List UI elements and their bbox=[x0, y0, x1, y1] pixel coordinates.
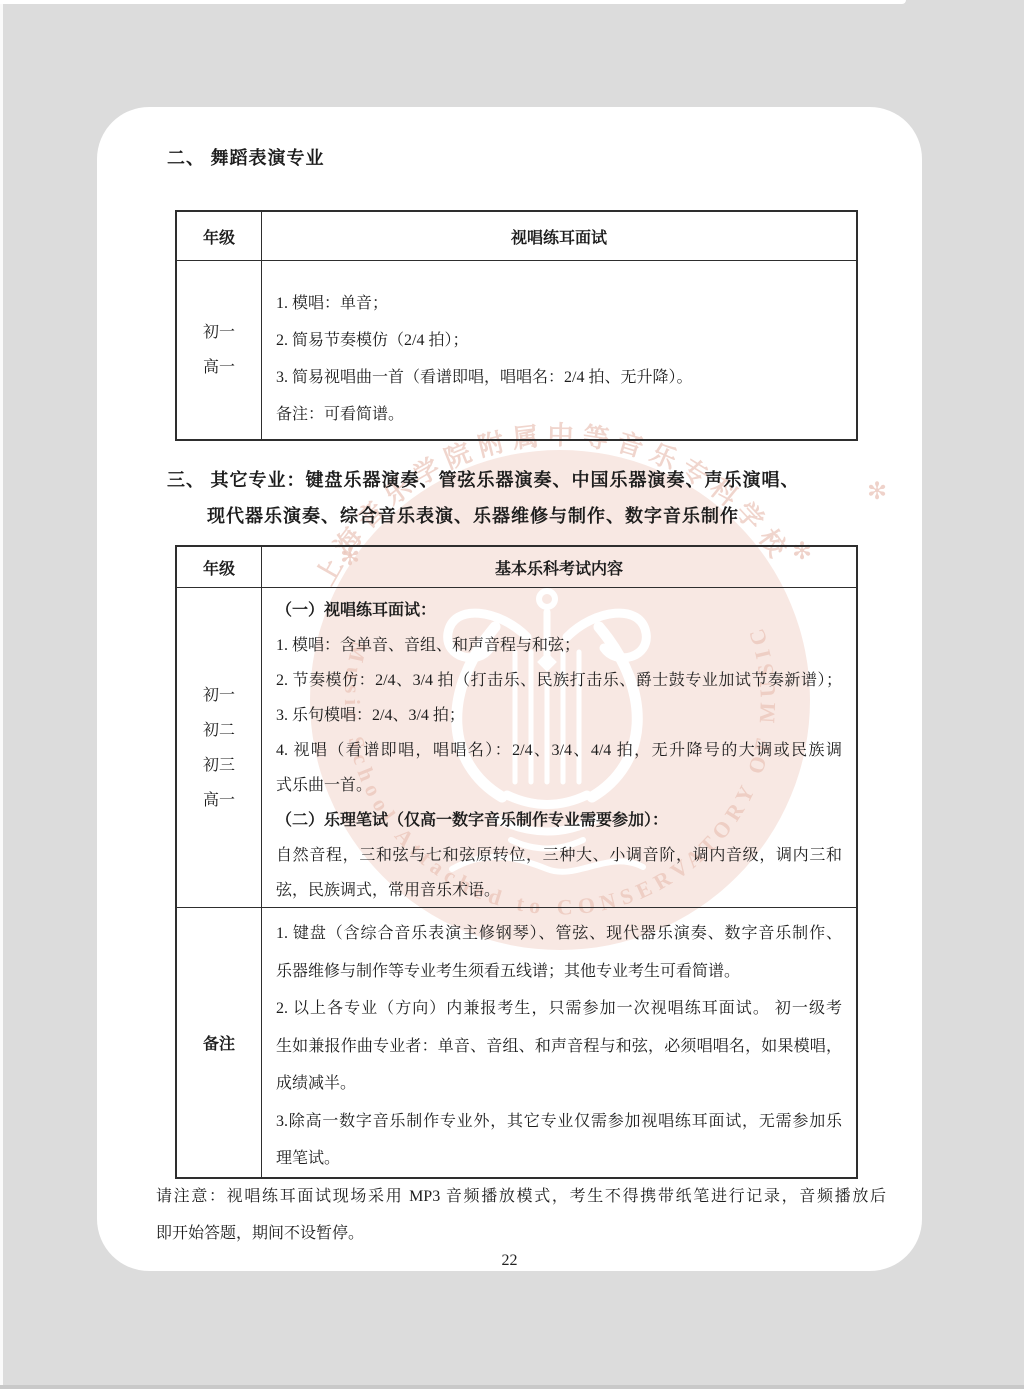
table-body-row: 初一 初二 初三 高一 （一）视唱练耳面试： 1. 模唱：含单音、音组、和声音程… bbox=[177, 587, 856, 907]
text-line: 3. 乐句模唱：2/4、3/4 拍； bbox=[276, 698, 842, 733]
document-page: 上海音乐学院附属中等音乐专科学校 Music School Attached t… bbox=[97, 107, 922, 1271]
subsection-title: （一）视唱练耳面试： bbox=[276, 593, 842, 628]
table-header-row: 年级 视唱练耳面试 bbox=[177, 212, 856, 260]
exam-content-cell: 1. 模唱：单音； 2. 简易节奏模仿（2/4 拍）； 3. 简易视唱曲一首（看… bbox=[262, 261, 856, 439]
exam-content-cell: （一）视唱练耳面试： 1. 模唱：含单音、音组、和声音程与和弦； 2. 节奏模仿… bbox=[262, 588, 856, 907]
dance-major-table: 年级 视唱练耳面试 初一 高一 1. 模唱：单音； 2. 简易节奏模仿（2/4 … bbox=[175, 210, 858, 441]
other-majors-table: 年级 基本乐科考试内容 初一 初二 初三 高一 （一）视唱练耳面试： 1. 模唱… bbox=[175, 545, 858, 1179]
exam-column-header: 基本乐科考试内容 bbox=[262, 547, 856, 587]
remarks-content-cell: 1. 键盘（含综合音乐表演主修钢琴）、管弦、现代器乐演奏、数字音乐制作、 乐器维… bbox=[262, 908, 856, 1177]
remarks-label: 备注 bbox=[203, 1031, 235, 1054]
text-line: 弦，民族调式，常用音乐术语。 bbox=[276, 873, 842, 907]
exam-column-header: 视唱练耳面试 bbox=[262, 212, 856, 260]
table-body-row: 初一 高一 1. 模唱：单音； 2. 简易节奏模仿（2/4 拍）； 3. 简易视… bbox=[177, 260, 856, 439]
grade-label: 初一 bbox=[203, 315, 235, 350]
text-line: 1. 模唱：单音； bbox=[276, 285, 842, 322]
section3-heading-line1: 三、 其它专业：键盘乐器演奏、管弦乐器演奏、中国乐器演奏、声乐演唱、 bbox=[167, 462, 800, 498]
text-line: 2. 节奏模仿：2/4、3/4 拍（打击乐、民族打击乐、爵士鼓专业加试节奏新谱）… bbox=[276, 663, 842, 698]
grade-label: 初三 bbox=[203, 748, 235, 783]
grade-label: 初一 bbox=[203, 678, 235, 713]
previous-page-bottom-edge bbox=[0, 0, 906, 4]
text-line: 式乐曲一首。 bbox=[276, 768, 842, 803]
grade-column-header: 年级 bbox=[177, 547, 262, 587]
text-line: 2. 以上各专业（方向）内兼报考生，只需参加一次视唱练耳面试。 初一级考 bbox=[276, 990, 842, 1028]
attention-note-line2: 即开始答题，期间不设暂停。 bbox=[156, 1215, 886, 1252]
text-line: 成绩减半。 bbox=[276, 1065, 842, 1103]
viewer-left-edge bbox=[0, 0, 3, 1389]
attention-note-line1: 请注意：视唱练耳面试现场采用 MP3 音频播放模式，考生不得携带纸笔进行记录，音… bbox=[156, 1178, 886, 1215]
text-line: 3.除高一数字音乐制作专业外，其它专业仅需参加视唱练耳面试，无需参加乐 bbox=[276, 1103, 842, 1141]
table-remarks-row: 备注 1. 键盘（含综合音乐表演主修钢琴）、管弦、现代器乐演奏、数字音乐制作、 … bbox=[177, 907, 856, 1177]
text-line: 4. 视唱（看谱即唱，唱唱名）：2/4、3/4、4/4 拍，无升降号的大调或民族… bbox=[276, 733, 842, 768]
remarks-label-cell: 备注 bbox=[177, 908, 262, 1177]
viewer-bottom-edge bbox=[0, 1385, 1024, 1389]
grade-label: 初二 bbox=[203, 713, 235, 748]
grade-label: 高一 bbox=[203, 350, 235, 385]
section3-heading: 三、 其它专业：键盘乐器演奏、管弦乐器演奏、中国乐器演奏、声乐演唱、 现代器乐演… bbox=[167, 462, 800, 534]
page-number: 22 bbox=[97, 1252, 922, 1270]
text-line: 自然音程，三和弦与七和弦原转位，三种大、小调音阶，调内音级，调内三和 bbox=[276, 838, 842, 873]
grade-column-header: 年级 bbox=[177, 212, 262, 260]
grade-cell: 初一 初二 初三 高一 bbox=[177, 588, 262, 907]
grade-cell: 初一 高一 bbox=[177, 261, 262, 439]
page-content: 二、 舞蹈表演专业 年级 视唱练耳面试 初一 高一 1. 模唱：单音； 2. 简… bbox=[97, 107, 922, 1271]
text-line: 备注：可看简谱。 bbox=[276, 396, 842, 433]
text-line: 理笔试。 bbox=[276, 1140, 842, 1177]
section3-heading-line2: 现代器乐演奏、综合音乐表演、乐器维修与制作、数字音乐制作 bbox=[167, 498, 800, 534]
grade-label: 高一 bbox=[203, 783, 235, 818]
text-line: 3. 简易视唱曲一首（看谱即唱，唱唱名：2/4 拍、无升降）。 bbox=[276, 359, 842, 396]
pdf-viewer-canvas: { "colors": { "canvas_gray": "#dcdcdc", … bbox=[0, 0, 1024, 1389]
text-line: 1. 键盘（含综合音乐表演主修钢琴）、管弦、现代器乐演奏、数字音乐制作、 bbox=[276, 915, 842, 953]
attention-note: 请注意：视唱练耳面试现场采用 MP3 音频播放模式，考生不得携带纸笔进行记录，音… bbox=[156, 1178, 886, 1252]
subsection-title: （二）乐理笔试（仅高一数字音乐制作专业需要参加）： bbox=[276, 803, 842, 838]
text-line: 生如兼报作曲专业者：单音、音组、和声音程与和弦，必须唱唱名，如果模唱， bbox=[276, 1028, 842, 1066]
text-line: 2. 简易节奏模仿（2/4 拍）； bbox=[276, 322, 842, 359]
text-line: 1. 模唱：含单音、音组、和声音程与和弦； bbox=[276, 628, 842, 663]
section2-heading: 二、 舞蹈表演专业 bbox=[167, 147, 325, 169]
table-header-row: 年级 基本乐科考试内容 bbox=[177, 547, 856, 587]
text-line: 乐器维修与制作等专业考生须看五线谱；其他专业考生可看简谱。 bbox=[276, 953, 842, 991]
